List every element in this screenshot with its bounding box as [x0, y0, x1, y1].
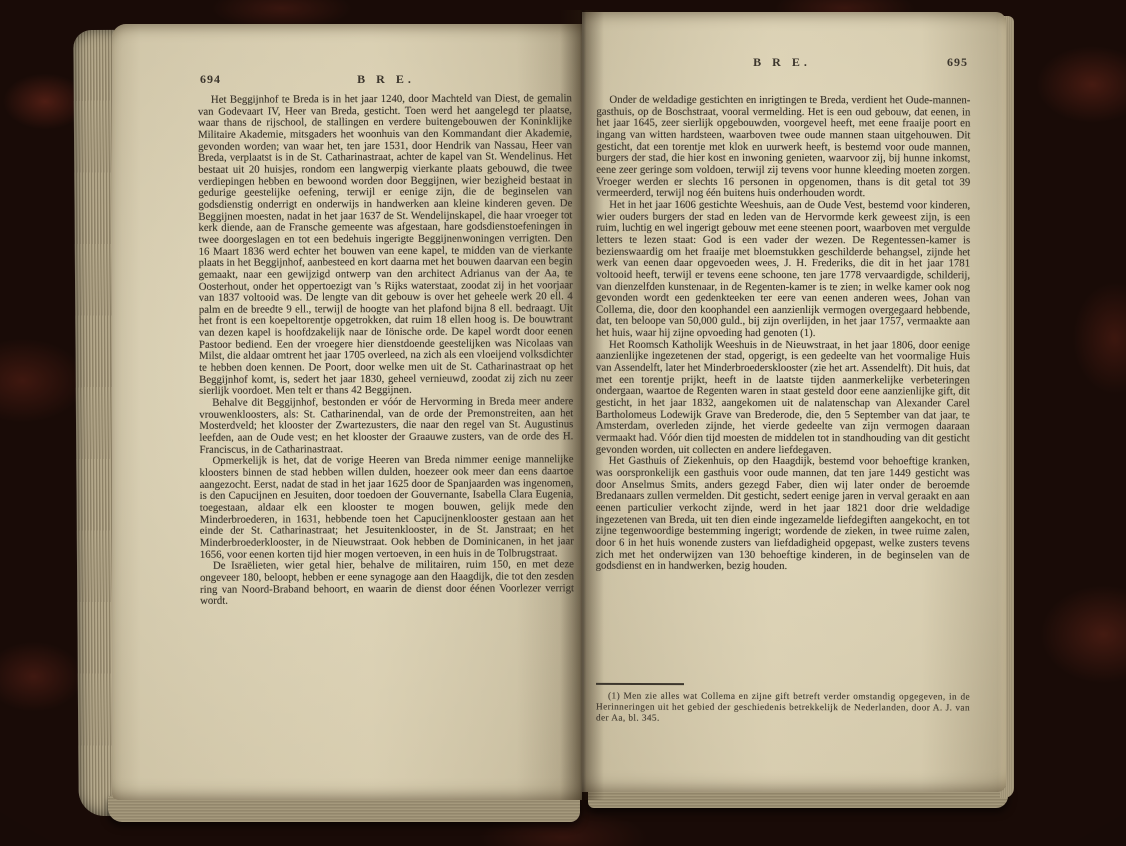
left-page-header: 694 B R E.: [200, 72, 572, 87]
right-running-title: B R E.: [666, 55, 898, 70]
right-page-header: B R E. 695: [596, 55, 968, 70]
paragraph: Het Beggijnhof te Breda is in het jaar 1…: [198, 93, 573, 398]
right-text-column: Onder de weldadige gestichten en inrigti…: [596, 95, 971, 574]
left-page-number: 694: [200, 72, 270, 87]
open-book: 694 B R E. B R E. 695 Het Beggijnhof te …: [0, 0, 1126, 846]
left-text-column: Het Beggijnhof te Breda is in het jaar 1…: [198, 93, 574, 608]
paragraph: Opmerkelijk is het, dat de vorige Heeren…: [199, 455, 573, 562]
right-page-number: 695: [898, 55, 968, 70]
paragraph: Het Gasthuis of Ziekenhuis, op den Haagd…: [596, 456, 970, 573]
footnote: (1) Men zie alles wat Collema en zijne g…: [596, 692, 970, 727]
footnote-divider: [596, 683, 684, 685]
paragraph: (1) Men zie alles wat Collema en zijne g…: [596, 692, 970, 727]
paragraph: Onder de weldadige gestichten en inrigti…: [596, 95, 970, 201]
paragraph: Behalve dit Beggijnhof, bestonden er vóó…: [199, 396, 573, 456]
left-running-title: B R E.: [270, 72, 502, 87]
paragraph: Het Roomsch Katholijk Weeshuis in de Nie…: [596, 339, 970, 456]
paragraph: De Israëlieten, wier getal hier, behalve…: [200, 559, 574, 607]
paragraph: Het in het jaar 1606 gestichte Weeshuis,…: [596, 200, 970, 341]
